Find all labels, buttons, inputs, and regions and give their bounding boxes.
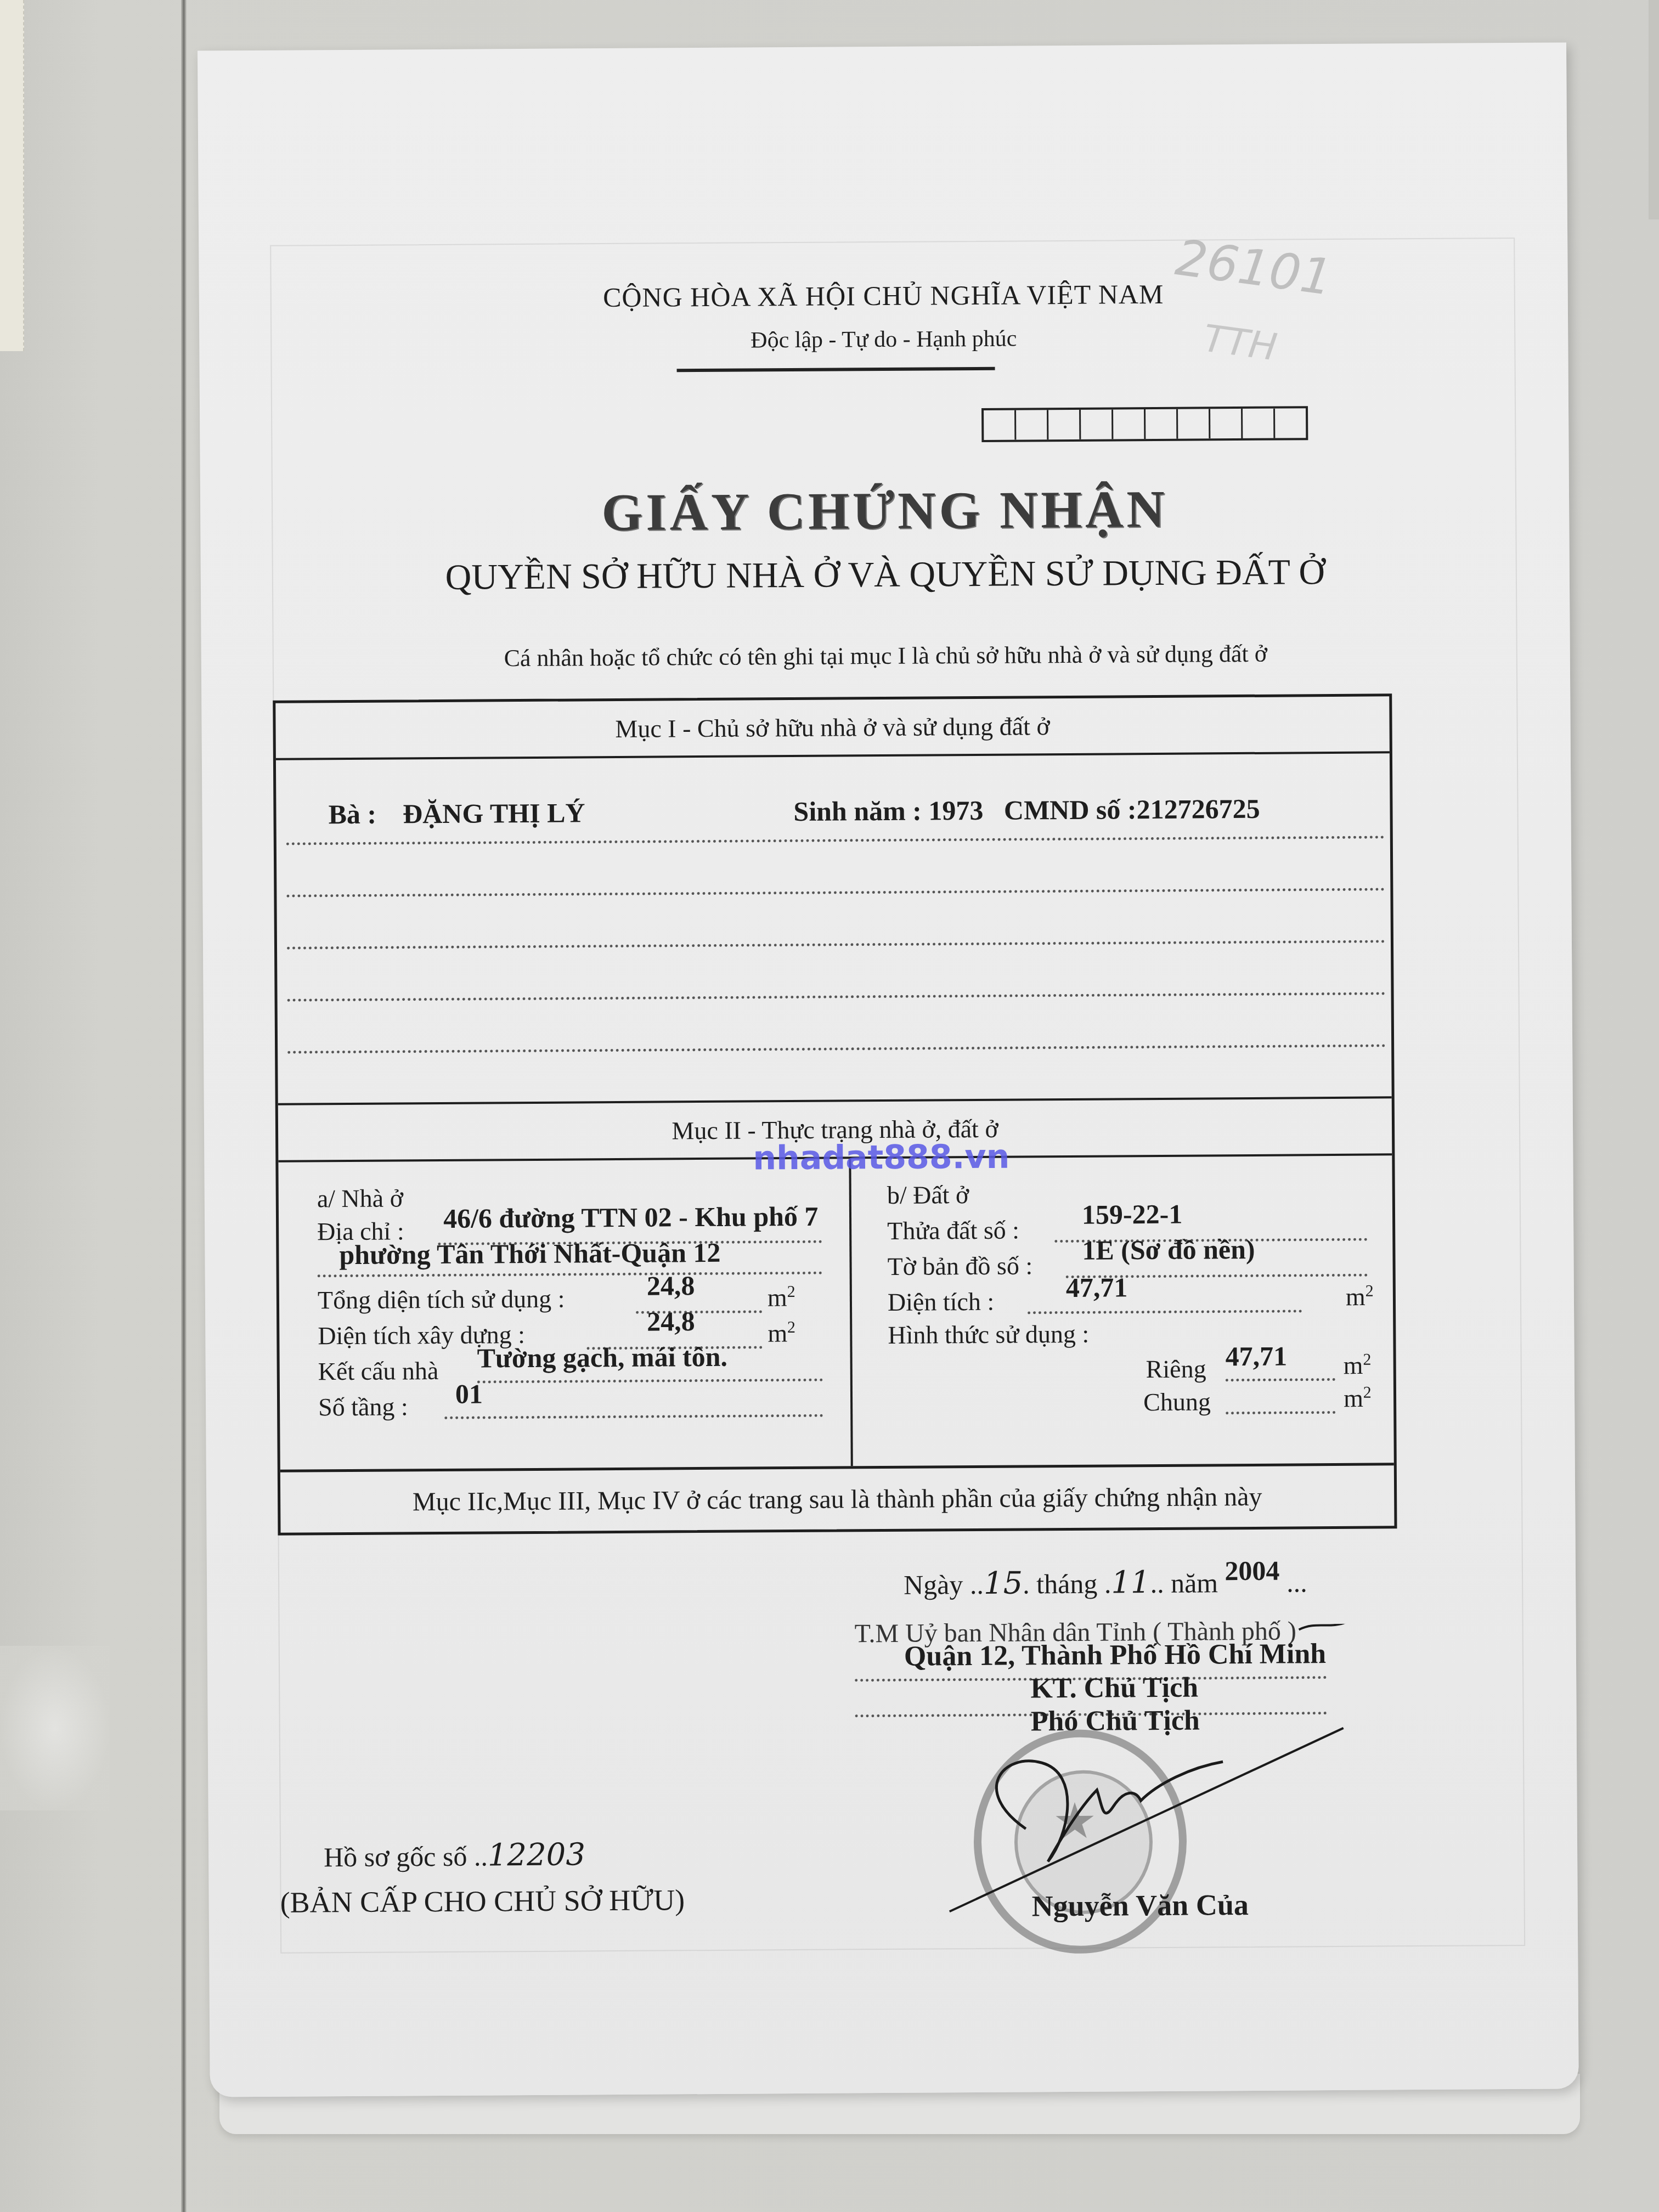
serial-cell xyxy=(1275,408,1306,438)
shared-area-unit: m2 xyxy=(1344,1384,1372,1413)
land-heading: b/ Đất ở xyxy=(887,1180,969,1210)
house-column: a/ Nhà ở Địa chỉ : 46/6 đường TTN 02 - K… xyxy=(278,1159,853,1469)
dotted-line xyxy=(286,836,1385,845)
record-file-number: 12203 xyxy=(488,1837,586,1873)
house-heading: a/ Nhà ở xyxy=(317,1183,403,1213)
owner-line: Bà : ĐẶNG THỊ LÝ Sinh năm : 1973 CMND số… xyxy=(328,792,1368,831)
serial-cell xyxy=(1210,409,1243,438)
document-title: GIẤY CHỨNG NHẬN xyxy=(200,476,1570,545)
section2-body: a/ Nhà ở Địa chỉ : 46/6 đường TTN 02 - K… xyxy=(278,1155,1393,1472)
dotted-line xyxy=(286,888,1385,897)
serial-cell xyxy=(1145,409,1178,439)
dotted-line xyxy=(1226,1378,1335,1381)
parcel-label: Thửa đất số : xyxy=(887,1216,1019,1245)
serial-cell xyxy=(1113,409,1145,439)
floors-label: Số tầng : xyxy=(318,1392,408,1421)
usage-label: Hình thức sử dụng : xyxy=(888,1319,1089,1350)
birth-year: 1973 xyxy=(928,794,983,827)
issue-year: 2004 xyxy=(1224,1555,1279,1587)
total-area-unit: m2 xyxy=(768,1283,795,1312)
serial-cell xyxy=(984,410,1016,440)
handwritten-signature xyxy=(937,1624,1378,1934)
owner-title-label: Bà : xyxy=(328,798,376,831)
dotted-line xyxy=(1028,1310,1302,1314)
id-label: CMND số : xyxy=(1004,793,1137,826)
dotted-line xyxy=(444,1414,823,1419)
id-number: 212726725 xyxy=(1136,793,1260,825)
record-file-label: Hồ sơ gốc số xyxy=(324,1841,467,1873)
total-area-label: Tổng diện tích sử dụng : xyxy=(318,1284,565,1315)
address-line2: phường Tân Thới Nhất-Quận 12 xyxy=(339,1237,720,1271)
serial-cell xyxy=(1048,410,1081,439)
signer-name: Nguyễn Văn Của xyxy=(1032,1888,1249,1923)
dotted-line xyxy=(287,1044,1386,1053)
document-subtitle: QUYỀN SỞ HỮU NHÀ Ở VÀ QUYỀN SỬ DỤNG ĐẤT … xyxy=(201,550,1570,600)
land-column: b/ Đất ở Thửa đất số : 159-22-1 Tờ bản đ… xyxy=(851,1155,1393,1466)
watermark: nhadat888.vn xyxy=(753,1138,1009,1178)
background-plastic-sleeve xyxy=(0,1646,110,1810)
map-sheet-value: 1E (Sơ đồ nền) xyxy=(1082,1233,1255,1266)
map-sheet-label: Tờ bản đồ số : xyxy=(887,1251,1032,1281)
dotted-line xyxy=(1226,1411,1335,1414)
owner-name: ĐẶNG THỊ LÝ xyxy=(403,797,585,830)
land-area-unit: m2 xyxy=(1346,1282,1374,1312)
issue-day: 15 xyxy=(984,1565,1023,1601)
serial-cell xyxy=(1081,409,1113,439)
address-line1: 46/6 đường TTN 02 - Khu phố 7 xyxy=(443,1200,819,1234)
land-area-label: Diện tích : xyxy=(888,1287,995,1317)
serial-number-boxes xyxy=(981,406,1308,442)
built-area-value: 24,8 xyxy=(647,1305,695,1338)
parcel-value: 159-22-1 xyxy=(1082,1198,1183,1231)
serial-cell xyxy=(1178,409,1210,438)
background-paper-edge xyxy=(0,0,24,351)
footer-note: Mục IIc,Mục III, Mục IV ở các trang sau … xyxy=(280,1465,1395,1532)
private-area-value: 47,71 xyxy=(1225,1340,1287,1373)
private-label: Riêng xyxy=(1146,1354,1206,1384)
birth-year-label: Sinh năm : xyxy=(793,795,922,827)
dotted-line xyxy=(287,992,1386,1001)
background-sheet xyxy=(1649,0,1659,219)
serial-cell xyxy=(1243,409,1275,438)
section1-body: Bà : ĐẶNG THỊ LÝ Sinh năm : 1973 CMND số… xyxy=(276,753,1392,1105)
built-area-unit: m2 xyxy=(768,1318,795,1348)
certificate-table: Mục I - Chủ sở hữu nhà ở và sử dụng đất … xyxy=(273,693,1397,1535)
shared-label: Chung xyxy=(1143,1387,1211,1417)
dotted-line xyxy=(318,1272,822,1278)
issue-date: Ngày ..15. tháng .11.. năm 2004 ... xyxy=(904,1564,1307,1601)
dotted-line xyxy=(477,1379,823,1384)
structure-label: Kết cấu nhà xyxy=(318,1356,439,1386)
section1-heading: Mục I - Chủ sở hữu nhà ở và sử dụng đất … xyxy=(275,696,1390,760)
certificate-page: CỘNG HÒA XÃ HỘI CHỦ NGHĨA VIỆT NAM Độc l… xyxy=(198,42,1579,2097)
copy-note: (BẢN CẤP CHO CHỦ SỞ HỮU) xyxy=(280,1883,685,1920)
structure-value: Tường gạch, mái tôn. xyxy=(477,1341,727,1374)
record-file: Hồ sơ gốc số ..12203 xyxy=(324,1837,585,1874)
land-area-value: 47,71 xyxy=(1066,1271,1128,1304)
private-area-unit: m2 xyxy=(1344,1351,1372,1380)
dotted-line xyxy=(287,940,1385,949)
floors-value: 01 xyxy=(455,1378,483,1409)
serial-cell xyxy=(1016,410,1048,439)
background-binder-edge xyxy=(181,0,187,2212)
issue-month: 11 xyxy=(1111,1565,1150,1600)
signature-block: Ngày ..15. tháng .11.. năm 2004 ... T.M … xyxy=(198,42,1566,50)
total-area-value: 24,8 xyxy=(647,1269,695,1302)
